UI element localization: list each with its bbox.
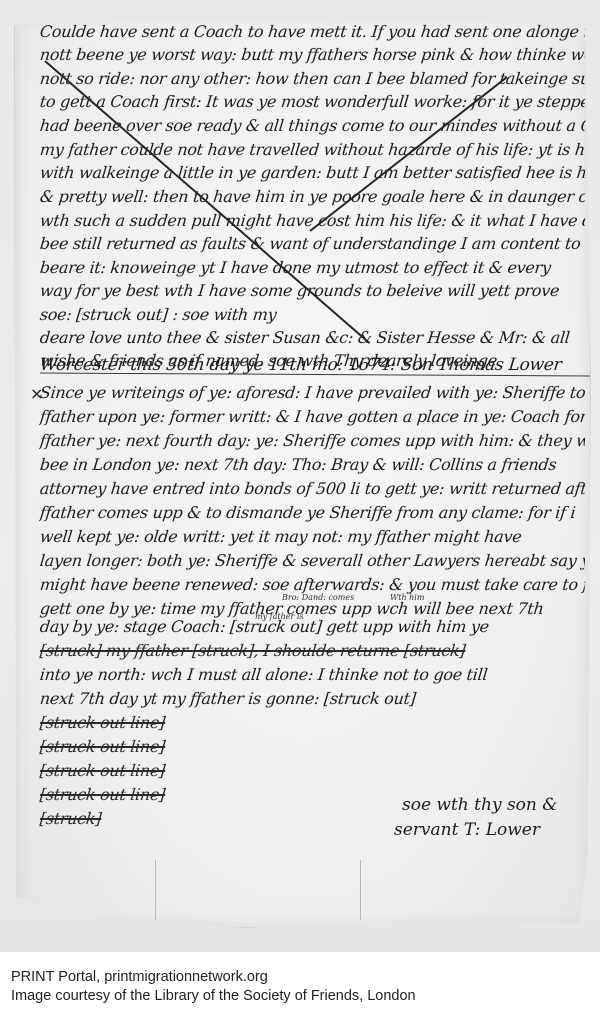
interlinear-note: Wth him xyxy=(390,593,424,602)
letter-line: day by ye: stage Coach: [struck out] get… xyxy=(39,617,586,636)
letter-line-struck: [struck] xyxy=(39,809,131,828)
letter-line: with walkeinge a little in ye garden: bu… xyxy=(39,163,586,182)
letter-line: nott beene ye worst way: butt my ffather… xyxy=(39,45,586,64)
letter-line: to gett a Coach first: It was ye most wo… xyxy=(39,92,586,111)
letter-line: bee in London ye: next 7th day: Tho: Bra… xyxy=(39,455,586,474)
closing-line: soe wth thy son & xyxy=(402,795,557,815)
letter-line: into ye north: wch I must all alone: I t… xyxy=(39,665,586,684)
letter-line: layen longer: both ye: Sheriffe & severa… xyxy=(39,551,586,570)
letter-line: ffather comes upp & to dismande ye Sheri… xyxy=(39,503,586,522)
interlinear-note: Bro: Dand: comes xyxy=(282,593,354,602)
manuscript-scan: Coulde have sent a Coach to have mett it… xyxy=(0,0,600,952)
image-caption: PRINT Portal, printmigrationnetwork.org … xyxy=(11,968,416,1006)
letter-line: way for ye best wth I have some grounds … xyxy=(39,281,586,300)
letter-line: might have beene renewed: soe afterwards… xyxy=(39,575,586,594)
letter-line-struck: [struck out line] xyxy=(39,761,586,780)
interlinear-note: my father is xyxy=(255,612,304,621)
caption-source: PRINT Portal, printmigrationnetwork.org xyxy=(11,968,416,987)
letter-line-struck: [struck out line] xyxy=(39,737,586,756)
letter-line: well kept ye: olde writt: yet it may not… xyxy=(39,527,586,546)
letter-line: ffather ye: next fourth day: ye: Sheriff… xyxy=(39,431,586,450)
letter-line-struck: [struck out line] xyxy=(39,713,586,732)
caption-credit: Image courtesy of the Library of the Soc… xyxy=(11,987,416,1006)
letter-line: Since ye writeings of ye: aforesd: I hav… xyxy=(39,383,586,402)
letter-line: bee still returned as faults & want of u… xyxy=(39,234,586,253)
letter-line: ffather upon ye: former writt: & I have … xyxy=(39,407,586,426)
letter-line: beare it: knoweinge yt I have done my ut… xyxy=(39,258,586,277)
letter-line: attorney have entred into bonds of 500 l… xyxy=(39,479,586,498)
letter-line: Coulde have sent a Coach to have mett it… xyxy=(39,22,586,41)
letter-line: & pretty well: then to have him in ye po… xyxy=(39,187,586,206)
paper-fold-line xyxy=(155,860,156,920)
letter-line: soe: [struck out] : soe with my xyxy=(39,305,586,324)
paper-fold-line xyxy=(360,860,361,920)
letter-line: next 7th day yt my ffather is gonne: [st… xyxy=(39,689,586,708)
letter-line-struck: [struck] my ffather [struck], I shoulde … xyxy=(39,641,586,660)
letter-line: deare love unto thee & sister Susan &c: … xyxy=(39,328,586,347)
letter-line: my father coulde not have travelled with… xyxy=(39,140,586,159)
signature: servant T: Lower xyxy=(394,820,540,840)
